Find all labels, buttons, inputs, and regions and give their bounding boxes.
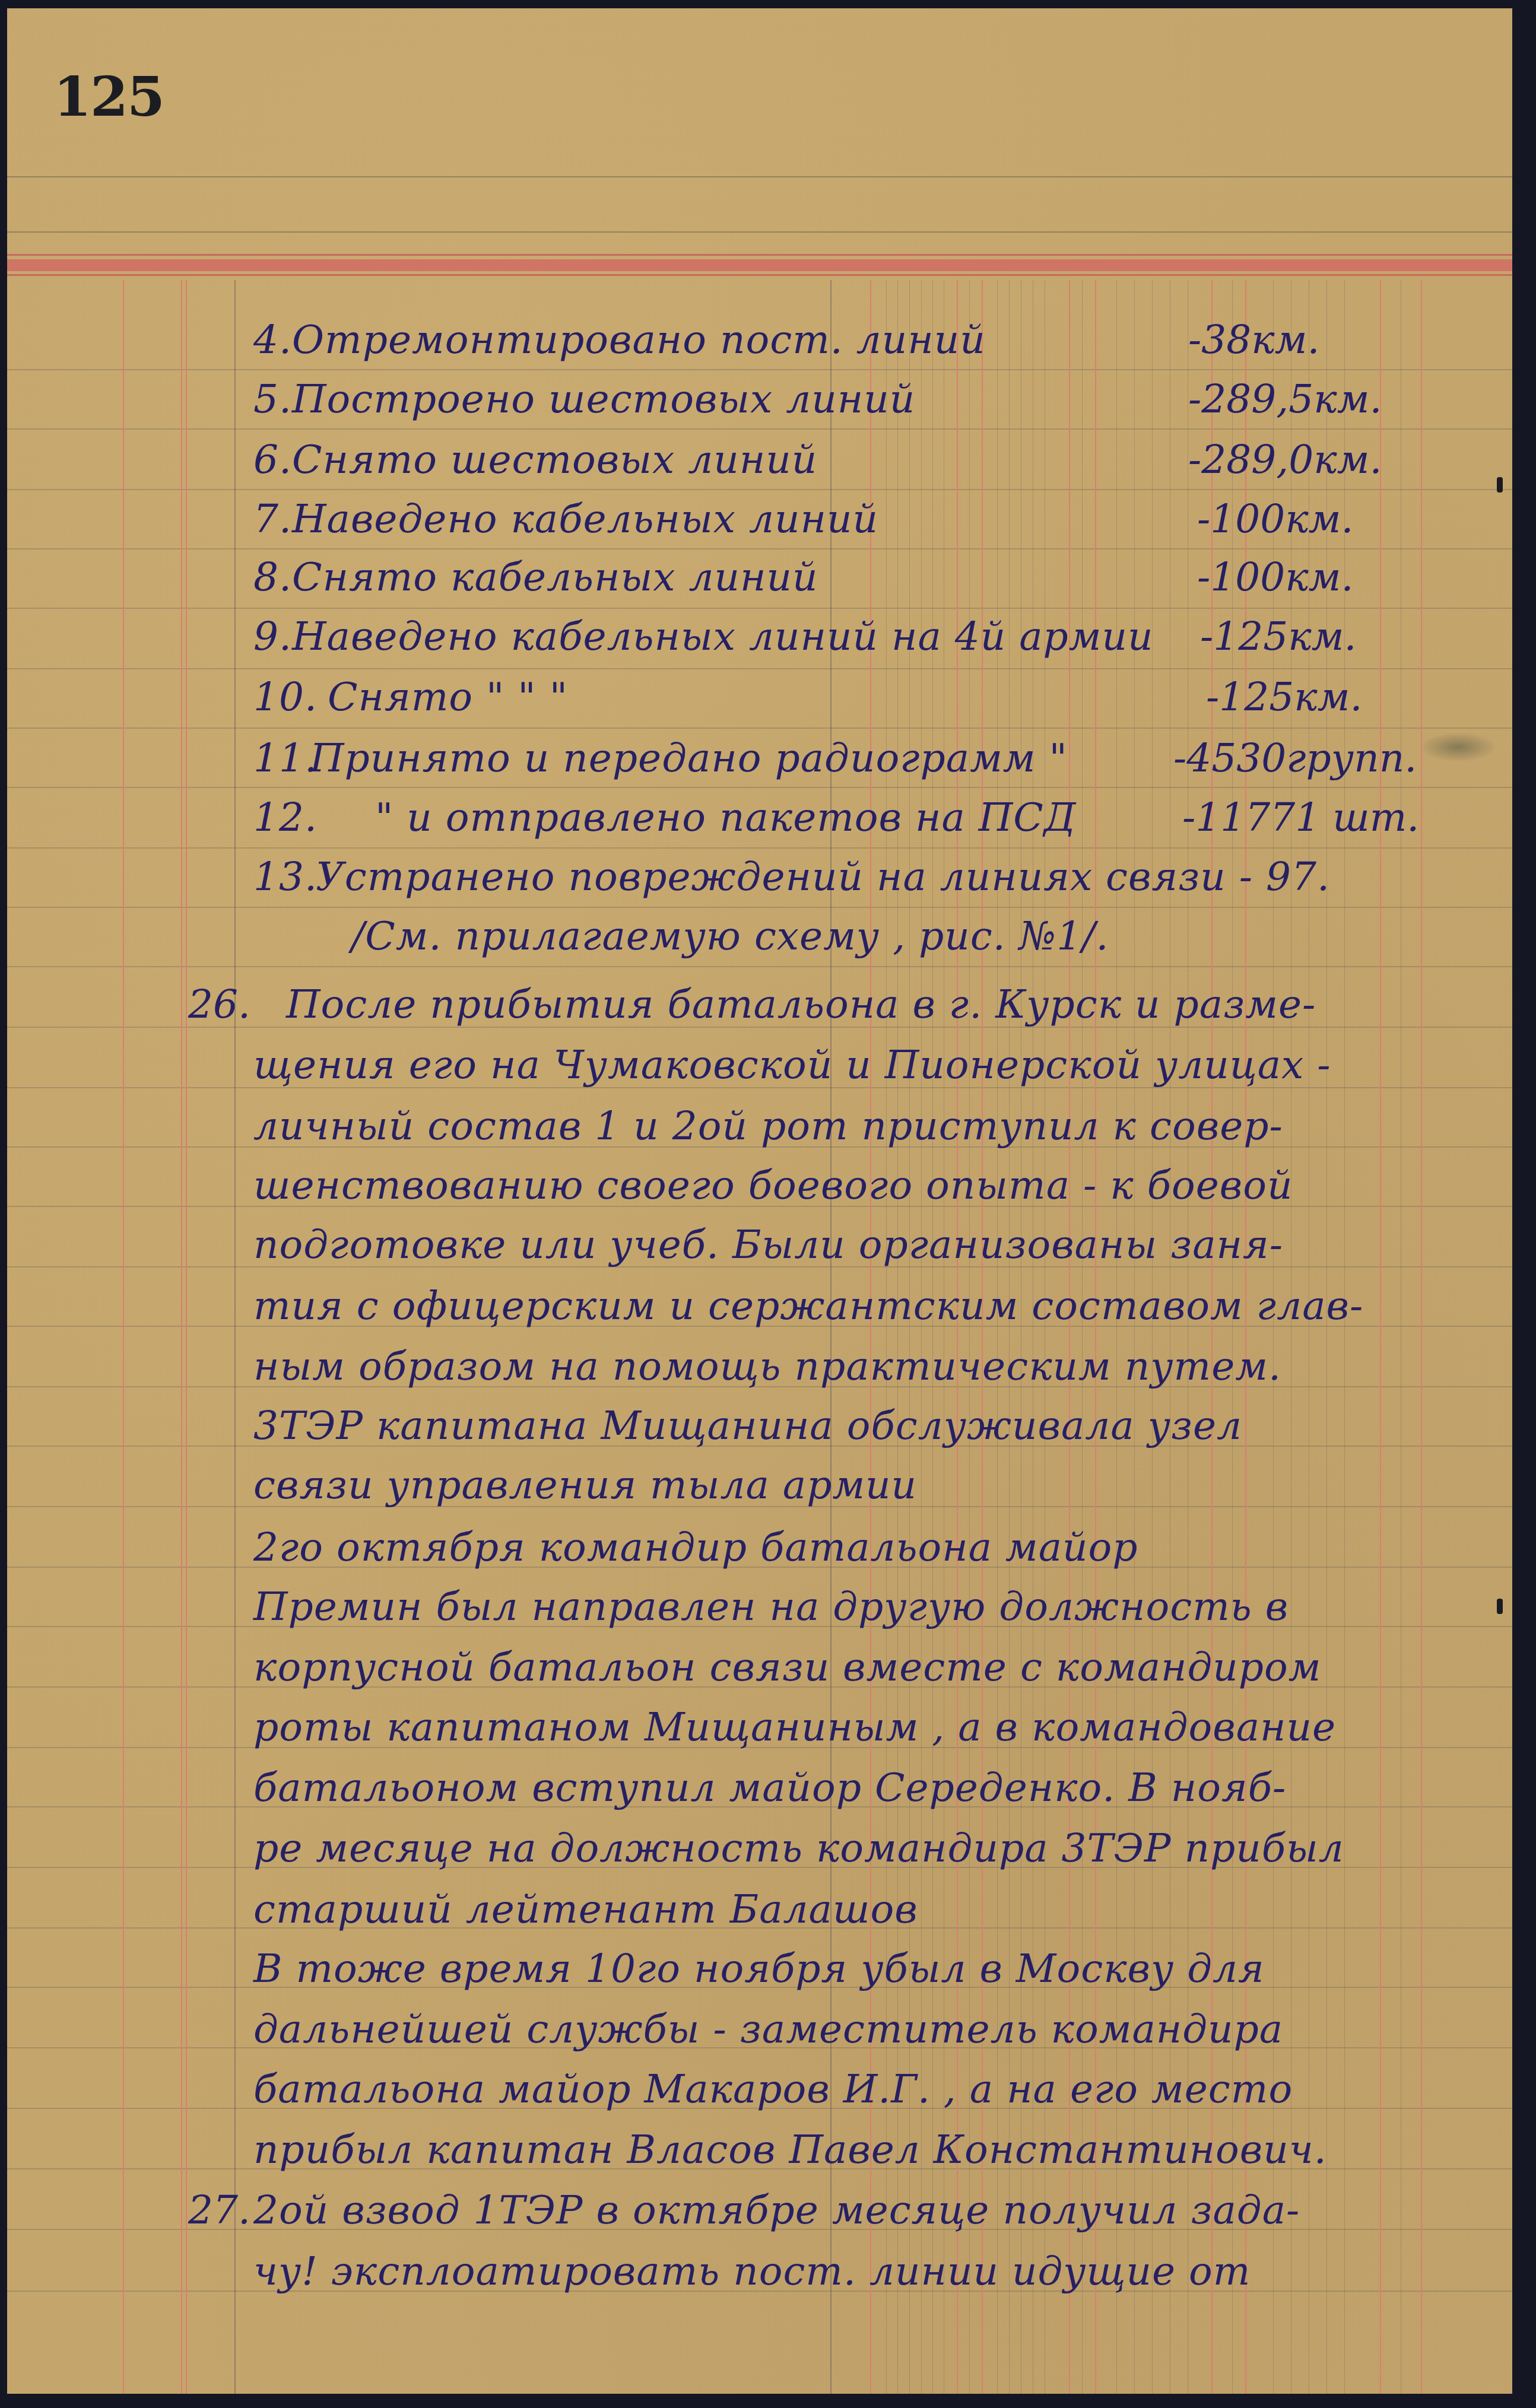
paragraph-line: дальнейшей службы - заместитель командир…	[253, 2006, 1283, 2052]
header-rule-2	[7, 231, 1512, 233]
schema-reference-note: /См. прилагаемую схему , рис. №1/.	[351, 913, 1109, 959]
paragraph-line: личный состав 1 и 2ой рот приступил к со…	[253, 1103, 1283, 1149]
column-red-line	[1380, 280, 1381, 2394]
list-item-text: Наведено кабельных линий	[292, 496, 878, 542]
list-item-amount: -38км.	[1188, 317, 1319, 363]
paragraph-number: 27.	[188, 2187, 250, 2233]
margin-red-line	[123, 280, 124, 2394]
list-item-amount: -4530групп.	[1173, 735, 1417, 781]
paragraph-line: 2го октября командир батальона майор	[253, 1524, 1138, 1570]
list-item-amount: -289,5км.	[1188, 376, 1382, 422]
paragraph-line: В тоже время 10го ноября убыл в Москву д…	[253, 1946, 1265, 1991]
list-item-number: 8.	[253, 554, 292, 600]
page-number: 125	[53, 65, 164, 129]
list-item-text: Устранено повреждений на линиях связи - …	[316, 854, 1330, 900]
list-item-text: Отремонтировано пост. линий	[292, 317, 986, 363]
list-item-amount: -100км.	[1197, 496, 1353, 542]
list-item-text: Снято шестовых линий	[292, 437, 817, 482]
rule-line	[7, 907, 1512, 908]
paragraph-line: ре месяце на должность командира 3ТЭР пр…	[253, 1825, 1344, 1871]
paragraph-line: Премин был направлен на другую должность…	[253, 1584, 1289, 1629]
rule-line	[7, 608, 1512, 609]
list-item-number: 13.	[253, 854, 318, 900]
red-band-thin-top	[7, 254, 1512, 256]
list-item-text: Снято кабельных линий	[292, 554, 818, 600]
rule-line	[7, 489, 1512, 490]
edge-tear-mark	[1497, 1599, 1503, 1614]
paragraph-line: 2ой взвод 1ТЭР в октябре месяце получил …	[253, 2187, 1300, 2233]
paragraph-line: чу! эксплоатировать пост. линии идущие о…	[253, 2248, 1251, 2294]
paragraph-line: прибыл капитан Власов Павел Константинов…	[253, 2127, 1327, 2172]
margin-double-red-line	[186, 280, 187, 2394]
rule-line	[7, 728, 1512, 729]
paragraph-line: 3ТЭР капитана Мищанина обслуживала узел	[253, 1403, 1242, 1448]
margin-double-red-line	[181, 280, 182, 2394]
rule-line	[7, 847, 1512, 849]
text-margin-line	[234, 280, 236, 2394]
rule-line	[7, 668, 1512, 669]
list-item-number: 9.	[253, 614, 292, 659]
rule-line	[7, 369, 1512, 370]
column-red-line	[1421, 280, 1422, 2394]
paragraph-line: После прибытия батальона в г. Курск и ра…	[286, 981, 1316, 1027]
paragraph-line: роты капитаном Мищаниным , а в командова…	[253, 1704, 1336, 1750]
rule-line	[7, 966, 1512, 967]
paragraph-line: щения его на Чумаковской и Пионерской ул…	[253, 1042, 1331, 1088]
list-item-text: " и отправлено пакетов на ПСД	[375, 795, 1077, 840]
list-item-number: 12.	[253, 795, 318, 840]
list-item-text: Снято " " "	[328, 674, 568, 720]
list-item-number: 11.	[253, 735, 318, 781]
list-item-text: Построено шестовых линий	[292, 376, 915, 422]
list-item-amount: -11771 шт.	[1182, 795, 1419, 840]
ink-smudge	[1420, 732, 1497, 762]
header-rule-1	[7, 176, 1512, 177]
red-band-thick	[7, 259, 1512, 271]
list-item-amount: -125км.	[1206, 674, 1362, 720]
paragraph-line: батальоном вступил майор Середенко. В но…	[253, 1765, 1286, 1810]
rule-line	[7, 428, 1512, 430]
list-item-amount: -100км.	[1197, 554, 1353, 600]
red-header-band	[7, 254, 1512, 280]
list-item-amount: -125км.	[1200, 614, 1356, 659]
list-item-number: 6.	[253, 437, 292, 482]
paragraph-line: батальона майор Макаров И.Г. , а на его …	[253, 2066, 1293, 2112]
list-item-text: Принято и передано радиограмм "	[310, 735, 1068, 781]
rule-line	[7, 548, 1512, 549]
paragraph-line: старший лейтенант Балашов	[253, 1886, 918, 1932]
paragraph-line: подготовке или учеб. Были организованы з…	[253, 1222, 1283, 1267]
paragraph-line: ным образом на помощь практическим путем…	[253, 1343, 1281, 1389]
list-item-number: 4.	[253, 317, 292, 363]
edge-tear-mark	[1497, 477, 1503, 493]
list-item-number: 7.	[253, 496, 292, 542]
list-item-number: 10.	[253, 674, 318, 720]
paragraph-line: шенствованию своего боевого опыта - к бо…	[253, 1162, 1293, 1208]
list-item-number: 5.	[253, 376, 292, 422]
column-line	[1401, 280, 1401, 2394]
paragraph-line: корпусной батальон связи вместе с команд…	[253, 1644, 1322, 1690]
list-item-amount: -289,0км.	[1188, 437, 1382, 482]
ledger-page: 125	[7, 8, 1512, 2394]
paragraph-line: связи управления тыла армии	[253, 1462, 917, 1508]
list-item-text: Наведено кабельных линий на 4й армии	[292, 614, 1154, 659]
paragraph-number: 26.	[188, 981, 250, 1027]
paragraph-line: тия с офицерским и сержантским составом …	[253, 1283, 1363, 1329]
rule-line	[7, 787, 1512, 788]
red-band-thin-bottom	[7, 274, 1512, 276]
